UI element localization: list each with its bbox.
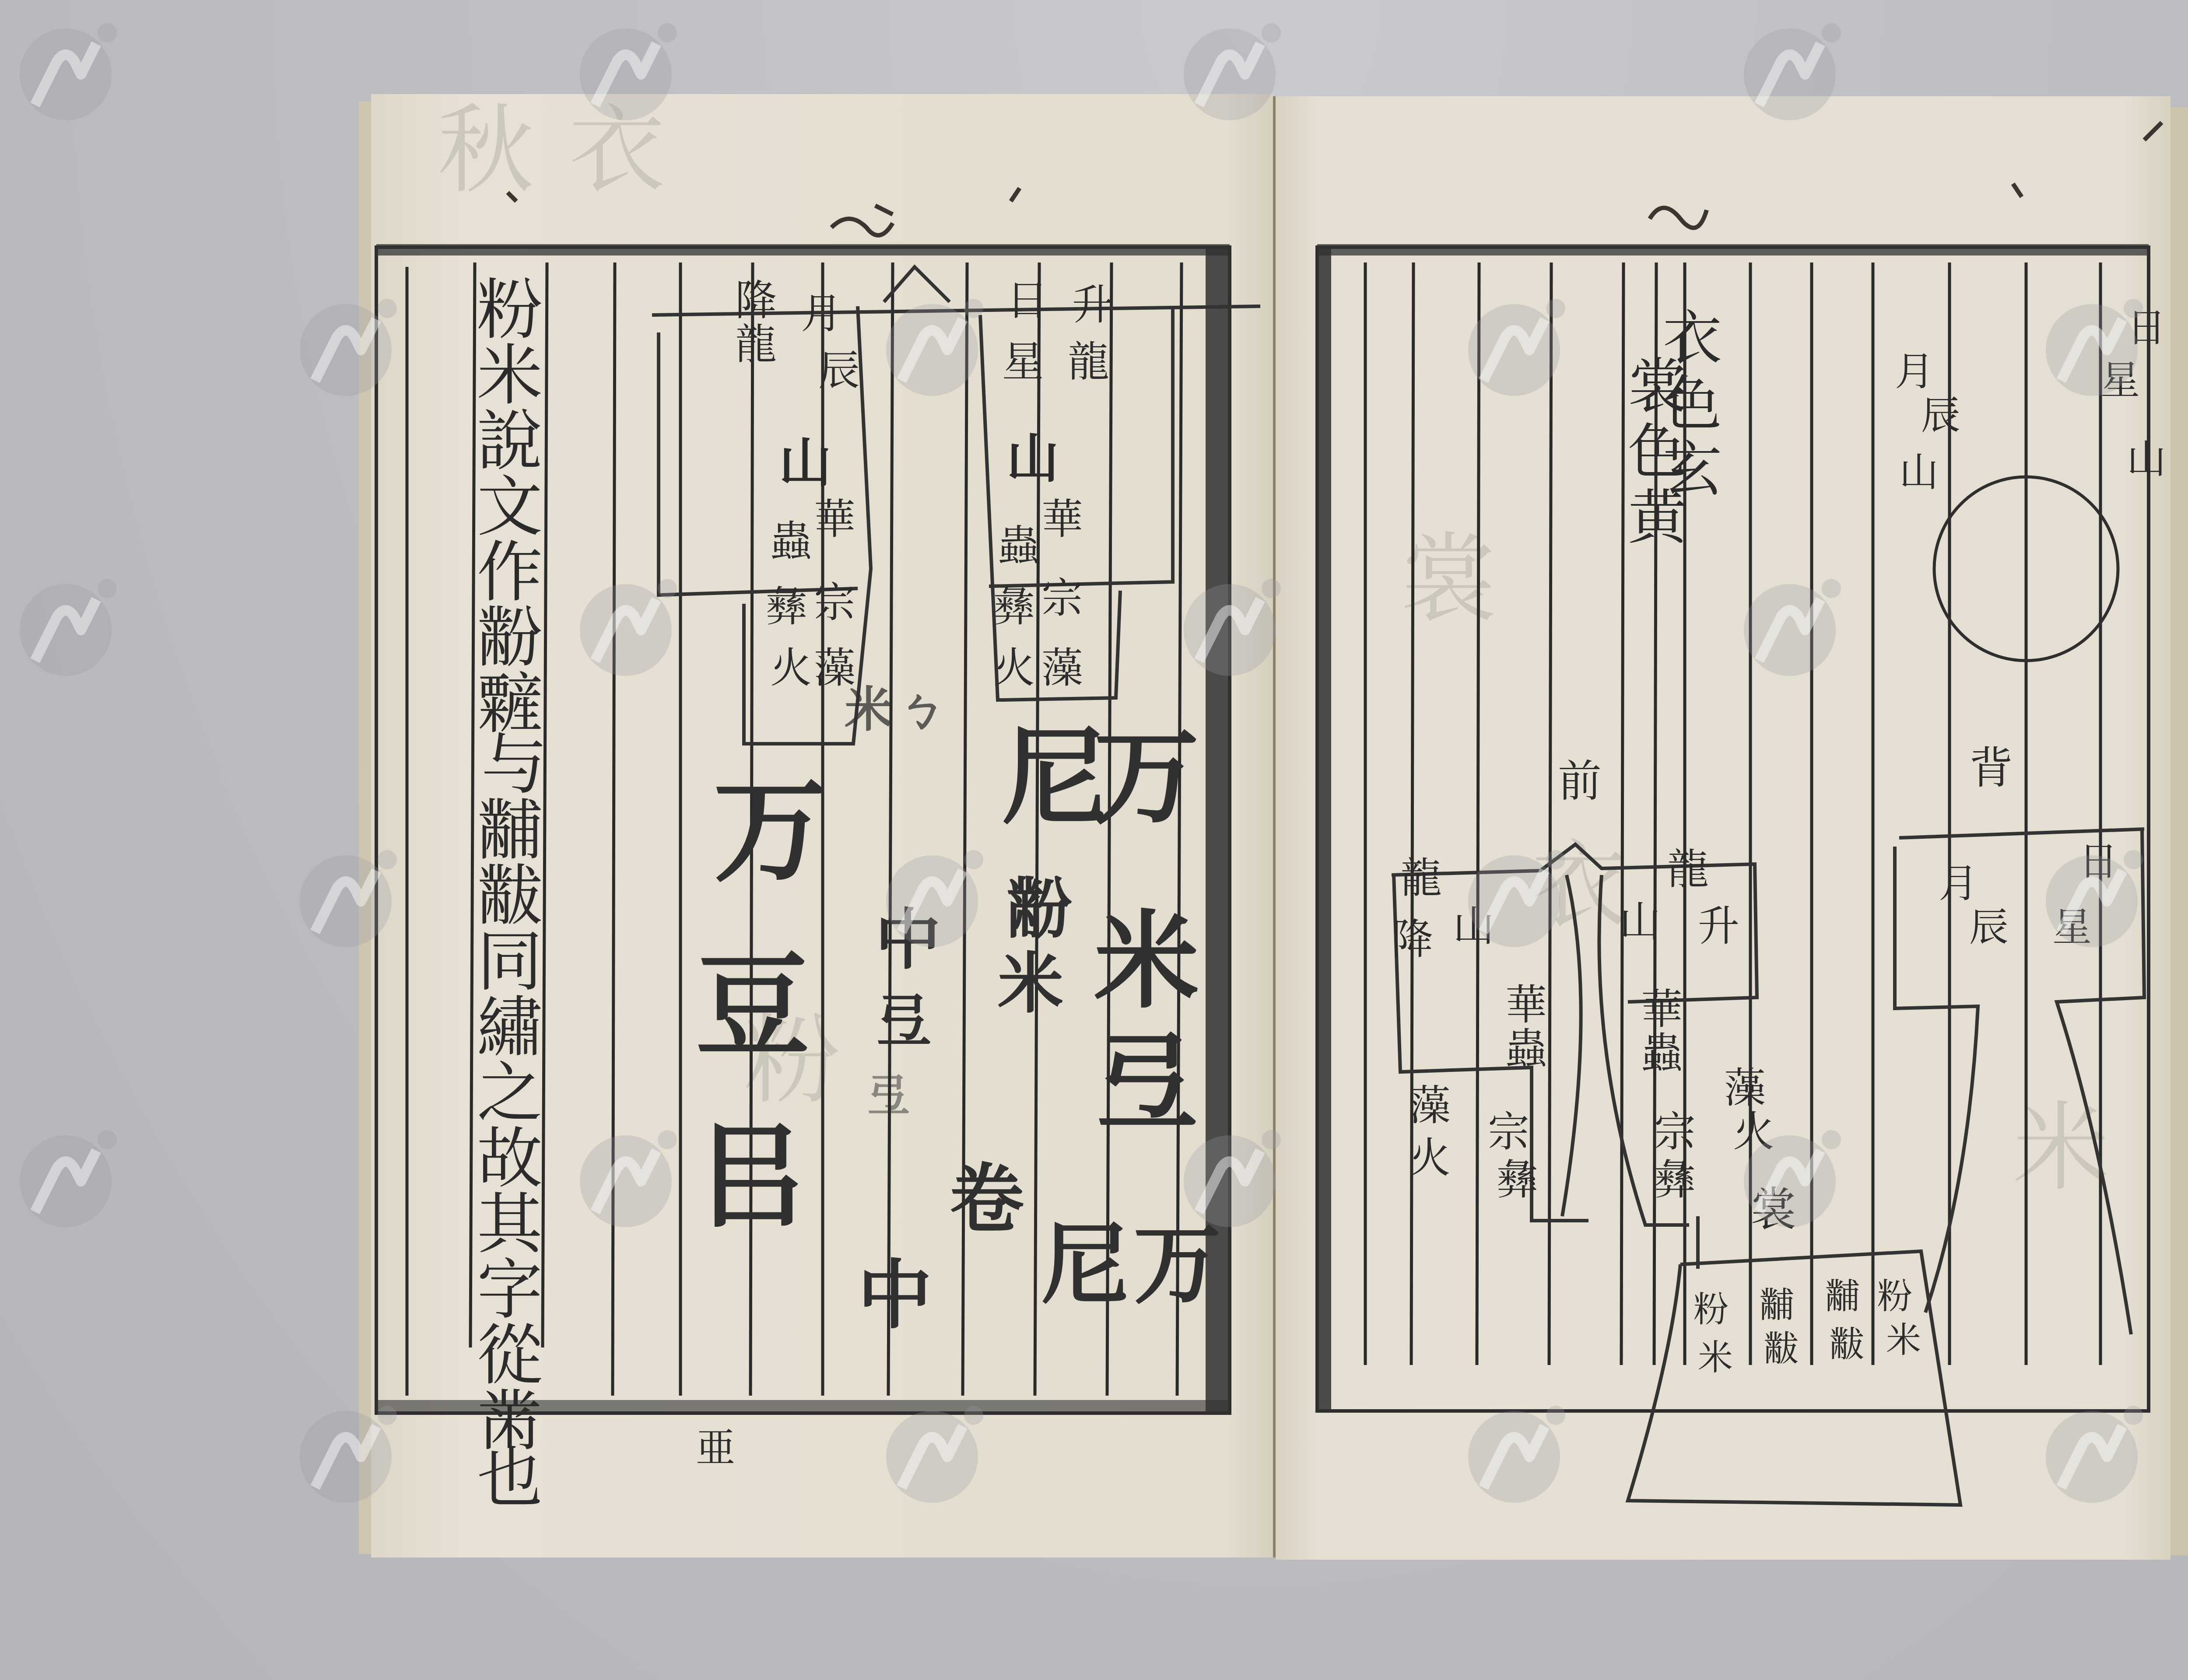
svg-text:宗: 宗	[1488, 1108, 1529, 1156]
svg-text:米: 米	[477, 338, 543, 414]
svg-text:龍: 龍	[1667, 846, 1709, 894]
svg-text:升: 升	[1072, 281, 1114, 329]
svg-text:華: 華	[814, 496, 856, 544]
svg-text:宗: 宗	[1654, 1108, 1696, 1156]
svg-text:万: 万	[1094, 716, 1199, 839]
svg-text:龍: 龍	[735, 321, 777, 369]
svg-text:升: 升	[1698, 903, 1739, 951]
svg-text:尼: 尼	[1002, 716, 1107, 839]
svg-text:裳: 裳	[1400, 523, 1497, 635]
svg-text:彝: 彝	[993, 583, 1035, 631]
svg-text:山: 山	[2127, 436, 2166, 482]
svg-text:宗: 宗	[1041, 574, 1083, 623]
svg-text:日: 日	[1006, 277, 1048, 325]
svg-text:從: 從	[477, 1318, 543, 1394]
svg-text:辰: 辰	[818, 347, 860, 395]
svg-text:作: 作	[477, 535, 543, 611]
svg-text:山: 山	[779, 432, 831, 494]
svg-text:黄: 黄	[1628, 483, 1689, 552]
svg-text:藻: 藻	[1409, 1082, 1451, 1130]
svg-text:黺: 黺	[477, 600, 543, 676]
commentary-column: 粉 米 說 文 作 黺 䊲 与 黼 黻 同 繡 之 故 其 字 從 黹 也	[477, 272, 547, 1516]
svg-text:宗: 宗	[814, 579, 856, 627]
svg-text:降: 降	[735, 277, 777, 325]
svg-text:㠯: 㠯	[696, 1111, 810, 1243]
svg-text:蟲: 蟲	[1641, 1029, 1683, 1078]
svg-text:弖: 弖	[1094, 1022, 1199, 1145]
front-label: 前	[1558, 756, 1602, 807]
svg-text:黼: 黼	[477, 793, 543, 869]
svg-text:色: 色	[1628, 418, 1687, 486]
svg-text:彝: 彝	[766, 583, 807, 631]
svg-text:華: 華	[1505, 981, 1547, 1029]
svg-text:米: 米	[998, 946, 1063, 1022]
svg-text:蟲: 蟲	[998, 522, 1040, 570]
svg-text:蟲: 蟲	[1505, 1025, 1548, 1073]
svg-text:豆: 豆	[696, 941, 810, 1073]
svg-text:黺: 黺	[1006, 871, 1072, 948]
svg-text:中: 中	[858, 1253, 932, 1339]
svg-text:也: 也	[477, 1440, 543, 1516]
svg-text:月: 月	[1939, 861, 1978, 906]
svg-text:其: 其	[477, 1186, 546, 1263]
svg-text:月: 月	[1895, 349, 1934, 395]
scan-background: 秋衣裳 衣米粉 粉 米 說 文	[0, 0, 2188, 1680]
svg-text:龍: 龍	[1400, 854, 1442, 903]
svg-text:彝: 彝	[1654, 1156, 1696, 1204]
back-label: 背	[1969, 742, 2013, 794]
svg-text:辰: 辰	[1969, 904, 2009, 950]
svg-text:藻: 藻	[1041, 644, 1083, 693]
svg-text:山: 山	[1899, 449, 1939, 495]
svg-text:弖: 弖	[866, 1071, 910, 1122]
svg-text:米: 米	[1094, 900, 1199, 1022]
svg-text:蟲: 蟲	[770, 518, 813, 566]
svg-text:黻: 黻	[1764, 1328, 1799, 1369]
svg-text:粉: 粉	[1877, 1276, 1912, 1316]
svg-text:星: 星	[1002, 338, 1044, 386]
svg-text:降: 降	[1392, 916, 1433, 964]
folio-mark: 亜	[696, 1425, 735, 1471]
svg-text:火: 火	[1409, 1134, 1451, 1183]
svg-text:說: 說	[477, 403, 543, 479]
svg-text:米: 米	[845, 682, 893, 738]
svg-text:華: 華	[1041, 496, 1083, 544]
svg-text:粉: 粉	[1694, 1289, 1729, 1330]
svg-text:之: 之	[477, 1055, 543, 1131]
svg-text:山: 山	[1006, 428, 1059, 490]
svg-text:月: 月	[801, 290, 842, 338]
svg-text:故: 故	[477, 1121, 543, 1197]
svg-text:ㄅ: ㄅ	[897, 682, 945, 738]
svg-text:秋: 秋	[438, 94, 534, 206]
svg-text:彝: 彝	[1497, 1156, 1538, 1204]
svg-text:米: 米	[1886, 1319, 1921, 1360]
svg-text:米: 米	[1698, 1337, 1733, 1378]
svg-text:火: 火	[993, 644, 1035, 693]
svg-text:弖: 弖	[875, 988, 932, 1055]
svg-text:黻: 黻	[1829, 1324, 1864, 1365]
svg-text:辰: 辰	[1921, 392, 1960, 438]
svg-text:万: 万	[1133, 1214, 1221, 1316]
svg-text:繡: 繡	[477, 990, 543, 1066]
svg-text:粉: 粉	[477, 272, 543, 348]
svg-text:火: 火	[770, 644, 812, 693]
svg-text:藻: 藻	[1724, 1064, 1766, 1113]
svg-text:裳: 裳	[1628, 352, 1687, 421]
svg-text:字: 字	[477, 1252, 543, 1328]
svg-text:尼: 尼	[1041, 1214, 1129, 1316]
book-scan: 秋衣裳 衣米粉 粉 米 說 文	[0, 0, 2188, 1680]
svg-text:山: 山	[1619, 898, 1661, 946]
svg-text:黻: 黻	[477, 858, 543, 934]
svg-text:黼: 黼	[1825, 1276, 1860, 1316]
svg-text:与: 与	[481, 727, 547, 803]
svg-text:龍: 龍	[1068, 338, 1109, 386]
svg-text:同: 同	[477, 924, 543, 1000]
svg-text:卷: 卷	[950, 1156, 1024, 1243]
svg-text:華: 華	[1641, 986, 1683, 1034]
svg-text:文: 文	[477, 469, 543, 545]
svg-text:万: 万	[713, 766, 827, 898]
svg-text:黼: 黼	[1759, 1284, 1794, 1325]
